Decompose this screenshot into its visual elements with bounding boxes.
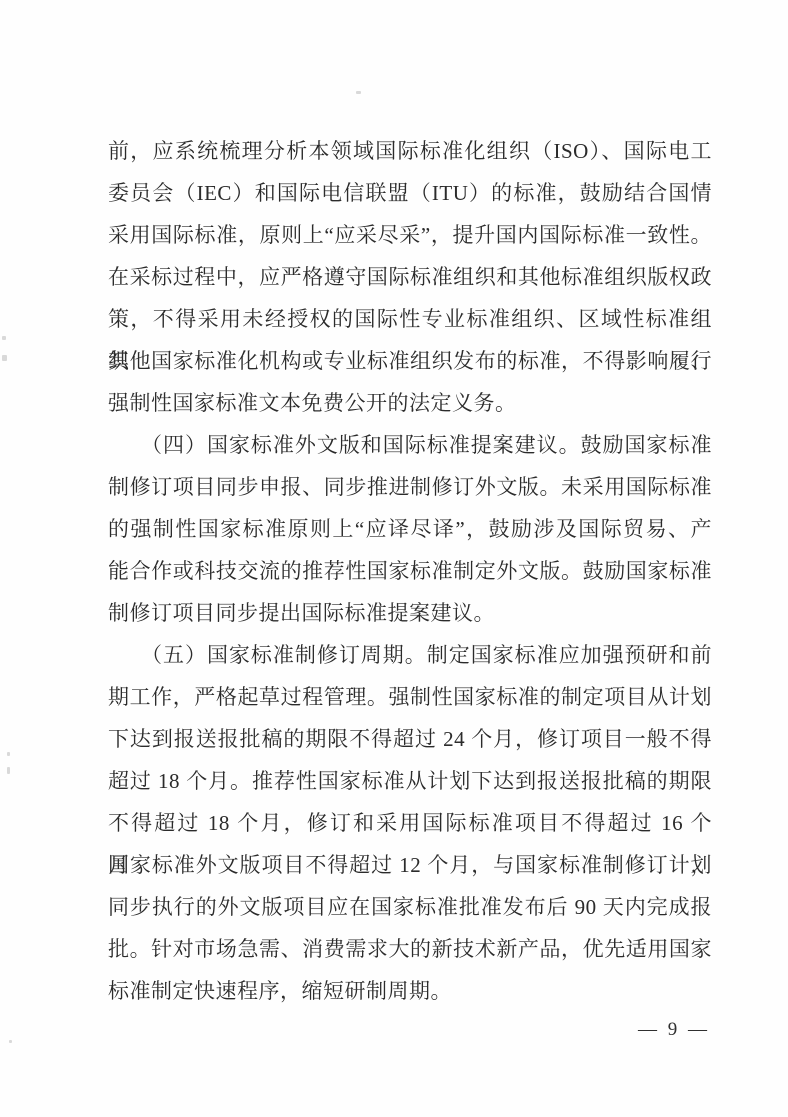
text-line: 不得超过 18 个月，修订和采用国际标准项目不得超过 16 个月， [108,802,712,844]
page-number: — 9 — [638,1018,710,1042]
paragraph: （四）国家标准外文版和国际标准提案建议。鼓励国家标准制修订项目同步申报、同步推进… [108,424,712,634]
text-line: 同步执行的外文版项目应在国家标准批准发布后 90 天内完成报 [108,886,712,928]
text-line: （五）国家标准制修订周期。制定国家标准应加强预研和前 [108,634,712,676]
text-line: 批。针对市场急需、消费需求大的新技术新产品，优先适用国家 [108,928,712,970]
text-line: 委员会（IEC）和国际电信联盟（ITU）的标准，鼓励结合国情 [108,172,712,214]
document-body: 前，应系统梳理分析本领域国际标准化组织（ISO）、国际电工委员会（IEC）和国际… [108,130,712,1012]
text-line: 标准制定快速程序，缩短研制周期。 [108,970,712,1012]
scan-artifact [7,752,10,756]
scan-artifact [2,355,7,361]
text-line: （四）国家标准外文版和国际标准提案建议。鼓励国家标准 [108,424,712,466]
document-page: 前，应系统梳理分析本领域国际标准化组织（ISO）、国际电工委员会（IEC）和国际… [0,0,788,1117]
text-line: 前，应系统梳理分析本领域国际标准化组织（ISO）、国际电工 [108,130,712,172]
text-line: 能合作或科技交流的推荐性国家标准制定外文版。鼓励国家标准 [108,550,712,592]
text-line: 强制性国家标准文本免费公开的法定义务。 [108,382,712,424]
scan-artifact [2,336,6,340]
text-line: 策，不得采用未经授权的国际性专业标准组织、区域性标准组织、 [108,298,712,340]
text-line: 超过 18 个月。推荐性国家标准从计划下达到报送报批稿的期限 [108,760,712,802]
scan-artifact [7,767,10,774]
text-line: 的强制性国家标准原则上“应译尽译”，鼓励涉及国际贸易、产 [108,508,712,550]
text-line: 在采标过程中，应严格遵守国际标准组织和其他标准组织版权政 [108,256,712,298]
paragraph: 前，应系统梳理分析本领域国际标准化组织（ISO）、国际电工委员会（IEC）和国际… [108,130,712,424]
scan-artifact [9,1040,12,1043]
text-line: 制修订项目同步申报、同步推进制修订外文版。未采用国际标准 [108,466,712,508]
text-line: 期工作，严格起草过程管理。强制性国家标准的制定项目从计划 [108,676,712,718]
text-line: 其他国家标准化机构或专业标准组织发布的标准，不得影响履行 [108,340,712,382]
text-line: 国家标准外文版项目不得超过 12 个月，与国家标准制修订计划 [108,844,712,886]
paragraph: （五）国家标准制修订周期。制定国家标准应加强预研和前期工作，严格起草过程管理。强… [108,634,712,1012]
text-line: 下达到报送报批稿的期限不得超过 24 个月，修订项目一般不得 [108,718,712,760]
text-line: 制修订项目同步提出国际标准提案建议。 [108,592,712,634]
scan-artifact [356,91,361,94]
text-line: 采用国际标准，原则上“应采尽采”，提升国内国际标准一致性。 [108,214,712,256]
